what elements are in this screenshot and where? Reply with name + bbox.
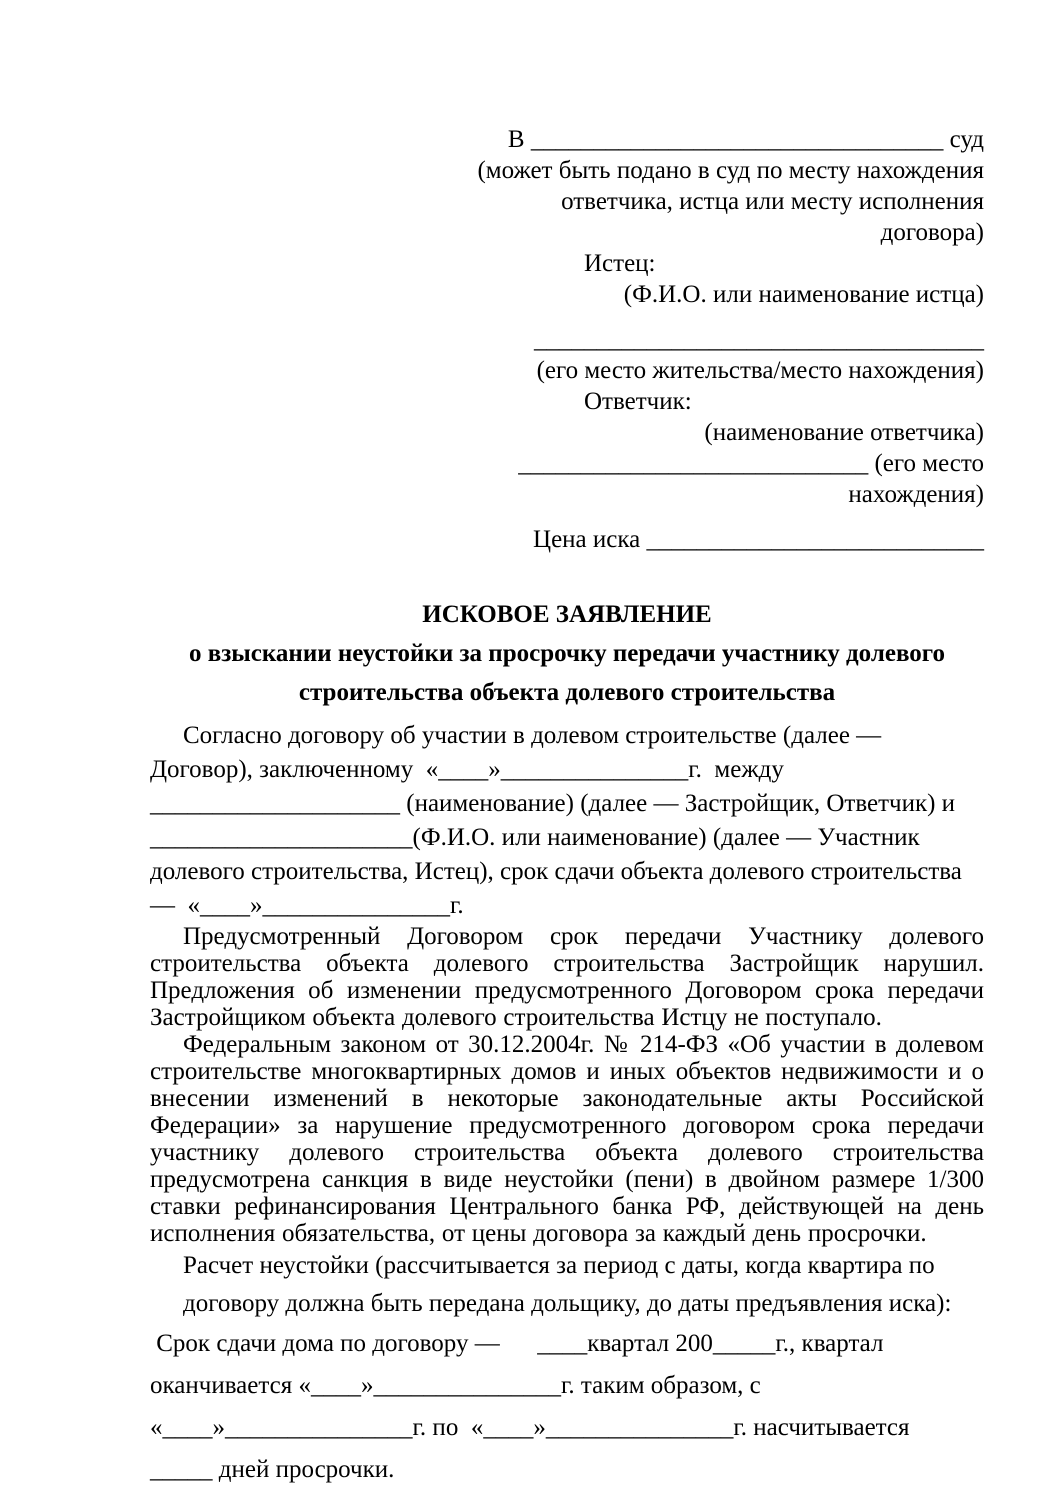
court-note-line-1: (может быть подано в суд по месту нахожд… [439,155,984,186]
claim-price-line: Цена иска ___________________________ [150,524,984,555]
plaintiff-label: Истец: [439,248,984,279]
title-block: ИСКОВОЕ ЗАЯВЛЕНИЕ о взыскании неустойки … [150,595,984,712]
paragraph-federal-law: Федеральным законом от 30.12.2004г. № 21… [150,1031,984,1247]
residence-note: (его место жительства/место нахождения) [439,355,984,386]
court-note-line-2: ответчика, истца или месту исполнения [439,186,984,217]
deadline-line-2: оканчивается «____»_______________г. так… [150,1365,984,1407]
court-note-line-3: договора) [439,217,984,248]
court-line: В _________________________________ суд [439,124,984,155]
doc-title: ИСКОВОЕ ЗАЯВЛЕНИЕ [150,595,984,634]
paragraph-contract-line-1: Согласно договору об участии в долевом с… [150,719,984,753]
deadline-line-3: «____»_______________г. по «____»_______… [150,1407,984,1449]
paragraph-contract-line-4: _____________________(Ф.И.О. или наимено… [150,821,984,855]
defendant-label: Ответчик: [439,386,984,417]
defendant-location-tail: нахождения) [439,479,984,510]
document-page: В _________________________________ суд … [0,0,1060,1500]
paragraph-contract: Согласно договору об участии в долевом с… [150,719,984,923]
defendant-note: (наименование ответчика) [439,417,984,448]
paragraph-breach: Предусмотренный Договором срок передачи … [150,923,984,1031]
paragraph-penalty-calculation: Расчет неустойки (рассчитывается за пери… [150,1247,984,1323]
paragraph-contract-line-5: долевого строительства, Истец), срок сда… [150,855,984,889]
deadline-line-1: Срок сдачи дома по договору — ____кварта… [150,1323,984,1365]
plaintiff-note: (Ф.И.О. или наименование истца) [439,279,984,310]
paragraph-contract-line-3: ____________________ (наименование) (дал… [150,787,984,821]
deadline-line-4: _____ дней просрочки. [150,1449,984,1491]
doc-subtitle: о взыскании неустойки за просрочку перед… [150,634,984,712]
plaintiff-fill-in-blank: ____________________________________ [439,324,984,355]
penalty-calculation-line-2: договору должна быть передана дольщику, … [183,1285,984,1323]
penalty-calculation-line-1: Расчет неустойки (рассчитывается за пери… [183,1247,984,1285]
paragraph-contract-line-6: — «____»_______________г. [150,889,984,923]
defendant-location-line: ____________________________ (его место [439,448,984,479]
court-header-block: В _________________________________ суд … [439,124,984,510]
paragraph-deadline: Срок сдачи дома по договору — ____кварта… [150,1323,984,1491]
paragraph-contract-line-2: Договор), заключенному «____»___________… [150,753,984,787]
